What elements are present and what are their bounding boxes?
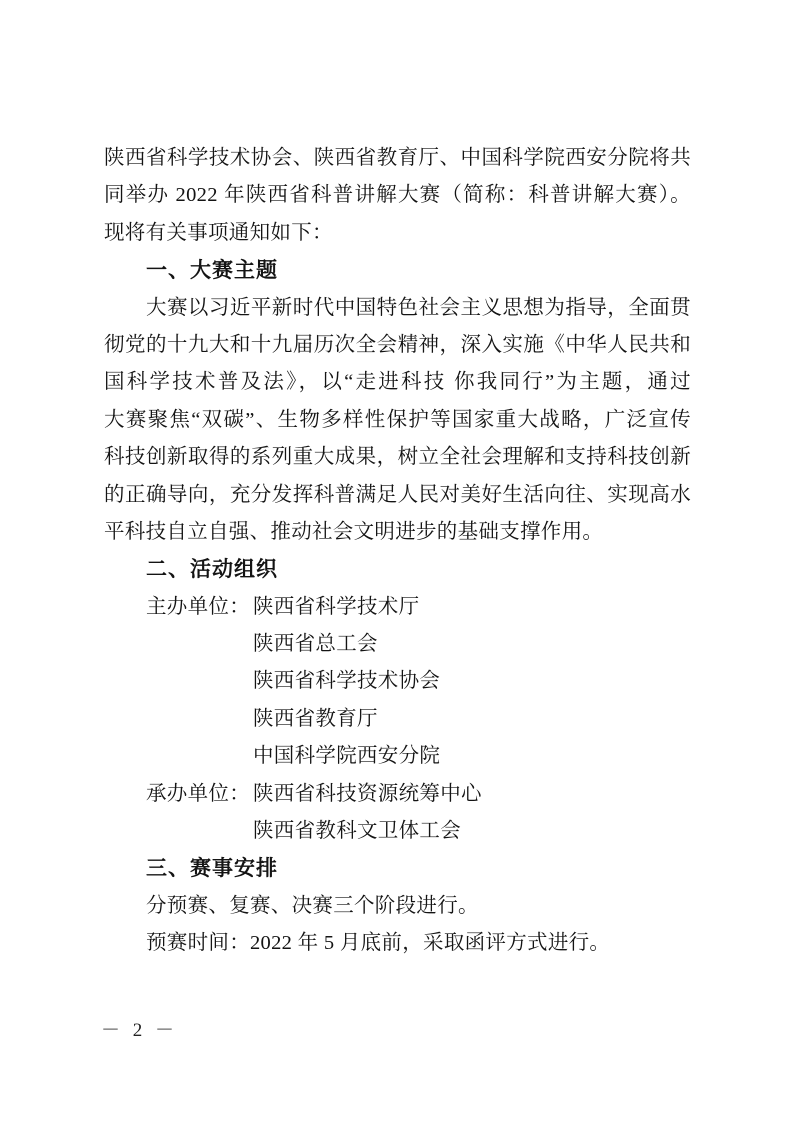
organizer-line-continuation: 陕西省教科文卫体工会 (104, 813, 691, 850)
body-text-line: 国科学技术普及法》，以“走进科技 你我同行”为主题，通过 (104, 364, 691, 401)
organizer-name: 陕西省科学技术厅 (253, 596, 419, 618)
page-number: － 2 － (101, 1015, 178, 1042)
organizer-role-label: 承办单位： (146, 776, 253, 813)
organizer-line-continuation: 中国科学院西安分院 (104, 738, 691, 775)
organizer-role-label: 主办单位： (146, 589, 253, 626)
document-text-block: 陕西省科学技术协会、陕西省教育厅、中国科学院西安分院将共同举办 2022 年陕西… (104, 140, 691, 963)
organizer-line-continuation: 陕西省教育厅 (104, 701, 691, 738)
document-page: 陕西省科学技术协会、陕西省教育厅、中国科学院西安分院将共同举办 2022 年陕西… (0, 0, 793, 1122)
section-heading: 一、大赛主题 (104, 252, 691, 289)
section-heading: 二、活动组织 (104, 551, 691, 588)
organizer-line: 承办单位：陕西省科技资源统筹中心 (104, 776, 691, 813)
body-text-line: 预赛时间：2022 年 5 月底前，采取函评方式进行。 (104, 925, 691, 962)
body-text-line: 彻党的十九大和十九届历次全会精神，深入实施《中华人民共和 (104, 327, 691, 364)
body-text-line: 的正确导向，充分发挥科普满足人民对美好生活向往、实现高水 (104, 477, 691, 514)
body-text-line: 陕西省科学技术协会、陕西省教育厅、中国科学院西安分院将共 (104, 140, 691, 177)
organizer-name: 陕西省科技资源统筹中心 (253, 783, 482, 805)
body-text-line: 分预赛、复赛、决赛三个阶段进行。 (104, 888, 691, 925)
section-heading: 三、赛事安排 (104, 850, 691, 887)
body-text-line: 科技创新取得的系列重大成果，树立全社会理解和支持科技创新 (104, 439, 691, 476)
organizer-line-continuation: 陕西省总工会 (104, 626, 691, 663)
body-text-line: 现将有关事项通知如下： (104, 215, 691, 252)
body-text-line: 同举办 2022 年陕西省科普讲解大赛（简称：科普讲解大赛）。 (104, 177, 691, 214)
organizer-line: 主办单位：陕西省科学技术厅 (104, 589, 691, 626)
body-text-line: 平科技自立自强、推动社会文明进步的基础支撑作用。 (104, 514, 691, 551)
body-text-line: 大赛聚焦“双碳”、生物多样性保护等国家重大战略，广泛宣传 (104, 402, 691, 439)
body-text-line: 大赛以习近平新时代中国特色社会主义思想为指导，全面贯 (104, 290, 691, 327)
organizer-line-continuation: 陕西省科学技术协会 (104, 663, 691, 700)
